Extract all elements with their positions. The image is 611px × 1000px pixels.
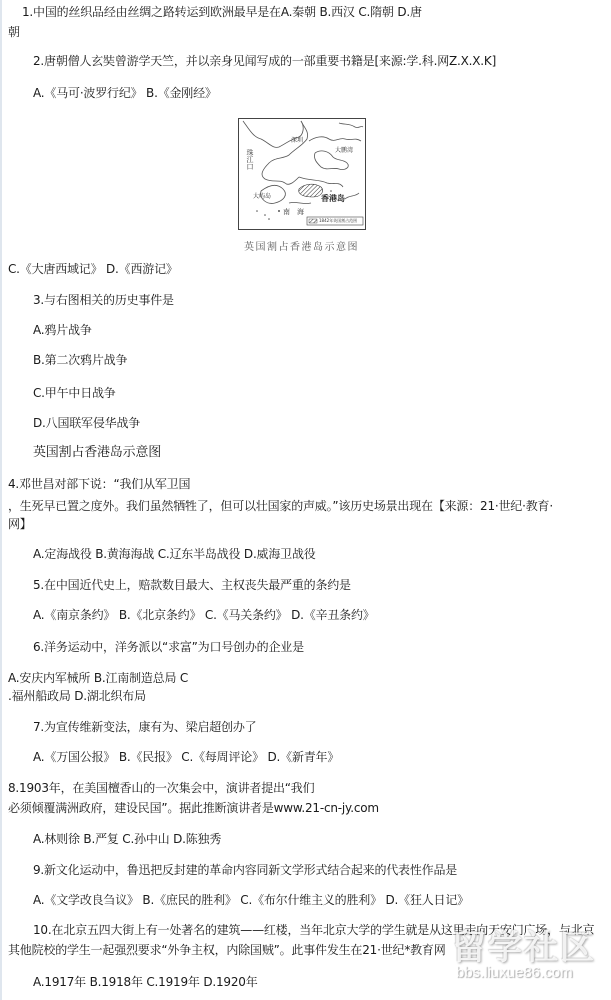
q3-stem: 3.与右图相关的历史事件是 [33,292,174,308]
q9-stem: 9.新文化运动中，鲁迅把反封建的革命内容同新文学形式结合起来的代表性作品是 [33,862,457,878]
q4-options: A.定海战役 B.黄海海战 C.辽东半岛战役 D.威海卫战役 [33,546,316,562]
q3-option-a: A.鸦片战争 [33,322,92,338]
q2-options-cd: C.《大唐西域记》 D.《西游记》 [8,261,178,277]
q5-stem: 5.在中国近代史上，赔款数目最大、主权丧失最严重的条约是 [33,577,351,593]
page-left-border [0,0,2,1000]
map-label-dapeng-bay: 大鹏湾 [335,145,353,154]
map-label-hk-island: 香港岛 [321,193,345,204]
q10-options: A.1917年 B.1918年 C.1919年 D.1920年 [33,974,258,990]
q7-options: A.《万国公报》 B.《民报》 C.《每周评论》 D.《新青年》 [33,749,339,765]
map-label-sea: 海 [297,207,304,217]
q6-options-line1: A.安庆内军械所 B.江南制造总局 C [8,670,188,686]
map-legend: 1842年英国割占范围 [319,218,357,224]
map-label-shenzhen: 深圳 [291,135,303,144]
map-label-lantau: 大屿岛 [253,191,271,200]
q3-option-c: C.甲午中日战争 [33,385,116,401]
map-label-nan: 南 [283,207,290,217]
q8-options: A.林则徐 B.严复 C.孙中山 D.陈独秀 [33,831,221,847]
hong-kong-map-figure: 深圳 大鹏湾 珠江口 大屿岛 香港岛 南 海 1842年英国割占范围 [238,118,366,230]
q8-stem-line1: 8.1903年，在美国檀香山的一次集会中，演讲者提出“我们 [8,780,314,796]
q3-option-d: D.八国联军侵华战争 [33,415,140,431]
q9-options: A.《文学改良刍议》 B.《庶民的胜利》 C.《布尔什维主义的胜利》 D.《狂人… [33,892,469,908]
q8-stem-line2: 必须倾覆满洲政府，建设民国”。据此推断演讲者是www.21-cn-jy.com [8,800,379,816]
q1-stem: 1.中国的丝织品经由丝绸之路转运到欧洲最早是在A.秦朝 B.西汉 C.隋朝 D.… [22,4,422,20]
q4-stem-line3: 网】 [8,516,32,532]
q5-options: A.《南京条约》 B.《北京条约》 C.《马关条约》 D.《辛丑条约》 [33,607,375,623]
q6-stem: 6.洋务运动中，洋务派以“求富”为口号创办的企业是 [33,639,304,655]
q7-stem: 7.为宣传维新变法，康有为、梁启超创办了 [33,719,256,735]
q4-stem-line1: 4.邓世昌对部下说：“我们从军卫国 [8,476,190,492]
q2-options-ab: A.《马可·波罗行纪》 B.《金刚经》 [33,85,217,101]
map-label-pearl-river: 珠江口 [245,149,255,170]
q10-stem-line2: 其他院校的学生一起强烈要求“外争主权，内除国贼”。此事件发生在21·世纪*教育网 [8,942,446,958]
q10-stem-line1: 10.在北京五四大街上有一处著名的建筑——红楼，当年北京大学的学生就是从这里走向… [33,922,594,938]
q6-options-line2: .福州船政局 D.湖北织布局 [8,688,146,704]
map-caption: 英国割占香港岛示意图 [244,238,359,253]
q3-option-b: B.第二次鸦片战争 [33,352,127,368]
q2-stem: 2.唐朝僧人玄奘曾游学天竺，并以亲身见闻写成的一部重要书籍是[来源:学.科.网Z… [33,53,496,69]
q4-stem-line2: ，生死早已置之度外。我们虽然牺牲了，但可以壮国家的声威。”该历史场景出现在【来源… [8,498,553,514]
q3-figure-note: 英国割占香港岛示意图 [33,445,161,461]
q1-stem-wrap: 朝 [8,24,20,40]
watermark-url: bbs.liuxue86.com [456,964,573,981]
